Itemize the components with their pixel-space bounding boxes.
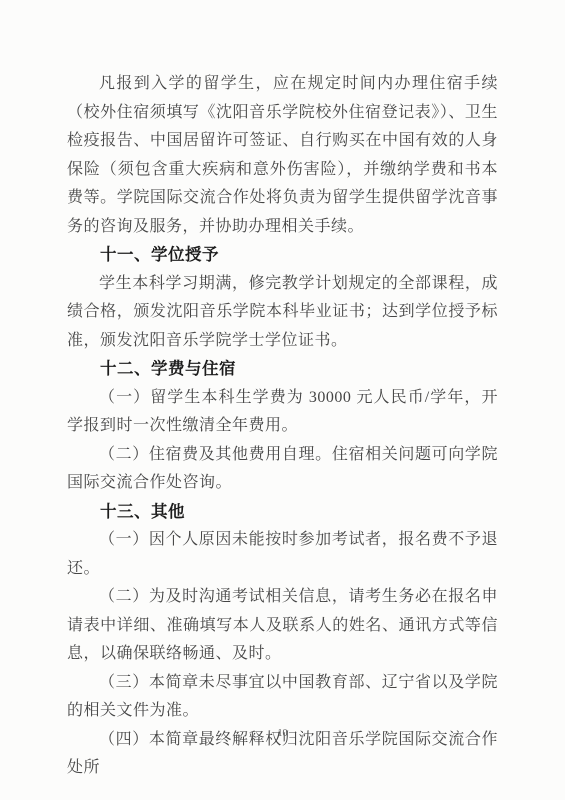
paragraph-official-documents: （三）本简章未尽事宜以中国教育部、辽宁省以及学院的相关文件为准。 — [67, 669, 498, 726]
page-number: 10 — [0, 728, 565, 739]
paragraph-accommodation-fee: （二）住宿费及其他费用自理。住宿相关问题可向学院国际交流合作处咨询。 — [67, 441, 498, 498]
document-page: 凡报到入学的留学生，应在规定时间内办理住宿手续（校外住宿须填写《沈阳音乐学院校外… — [0, 0, 565, 800]
section-heading-tuition-accommodation: 十二、学费与住宿 — [67, 355, 498, 384]
paragraph-degree-conferral: 学生本科学习期满，修完教学计划规定的全部课程，成绩合格，颁发沈阳音乐学院本科毕业… — [67, 270, 498, 356]
paragraph-tuition-fee: （一）留学生本科生学费为 30000 元人民币/学年，开学报到时一次性缴清全年费… — [67, 384, 498, 441]
section-heading-others: 十三、其他 — [67, 498, 498, 527]
paragraph-contact-info: （二）为及时沟通考试相关信息，请考生务必在报名申请表中详细、准确填写本人及联系人… — [67, 583, 498, 669]
document-body: 凡报到入学的留学生，应在规定时间内办理住宿手续（校外住宿须填写《沈阳音乐学院校外… — [67, 70, 498, 783]
paragraph-enrollment-procedures: 凡报到入学的留学生，应在规定时间内办理住宿手续（校外住宿须填写《沈阳音乐学院校外… — [67, 70, 498, 241]
section-heading-degree-conferral: 十一、学位授予 — [67, 241, 498, 270]
paragraph-no-refund: （一）因个人原因未能按时参加考试者，报名费不予退还。 — [67, 526, 498, 583]
